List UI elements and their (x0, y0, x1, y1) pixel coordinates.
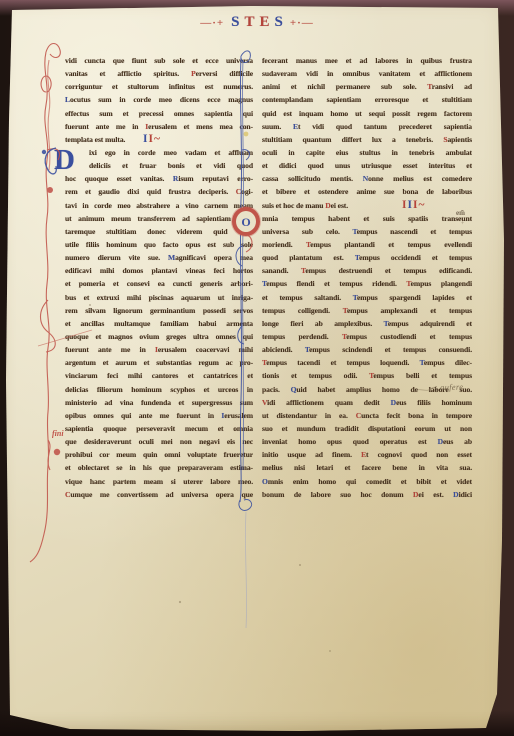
left-text-column: vidi cuncta que fiunt sub sole et ecce u… (65, 56, 253, 503)
text-line: stultitiam quantum differt lux a tenebri… (262, 135, 472, 148)
rubricated-capital: P (191, 69, 196, 78)
text-line: Omnis enim homo qui comedit et bibit et … (262, 477, 472, 490)
rubricated-capital: E (293, 122, 298, 131)
rubricated-capital: V (262, 398, 267, 407)
rubricated-capital: T (355, 253, 359, 262)
text-line: delicias filiorum hominum scyphos et urc… (65, 385, 253, 398)
text-line: quoque et magnos ovium greges ultra omne… (65, 332, 253, 345)
rubricated-capital: R (173, 174, 178, 183)
text-line: inveniat homo opus quod operatus est Deu… (262, 437, 472, 450)
text-line: que desideraverunt oculi mei non negavi … (65, 437, 253, 450)
rubricated-capital: D (438, 437, 443, 446)
text-line: sapientia quoque perseveravit mecum et o… (65, 424, 253, 437)
running-title-letter: S (231, 14, 239, 31)
running-title-letter: E (260, 14, 270, 31)
rubricated-capital: T (369, 371, 373, 380)
right-text-column: fecerant manus mee et ad labores in quib… (262, 56, 472, 503)
manuscript-photo: —·+ STES +·— vidi cuncta que fiunt sub s… (0, 0, 514, 736)
right-margin-gloss: s aufere (434, 381, 464, 392)
text-line: effectus sum et precessi omnes sapientia… (65, 109, 253, 122)
text-line: et pomeria et consevi ea cuncti generis … (65, 279, 253, 292)
rubricated-capital: C (356, 411, 361, 420)
rubricated-capital: I (145, 122, 148, 131)
chapter-numeral-letter: I (413, 199, 417, 211)
running-title-letter: S (275, 14, 283, 31)
chapter-numeral-letter: ~ (154, 133, 160, 145)
right-margin-correction-note: em̃ (456, 209, 465, 217)
rubricated-capital: Q (291, 385, 297, 394)
text-line: argentum et aurum et substantias regum a… (65, 358, 253, 371)
text-line: oculi in capite eius stultus in tenebris… (262, 148, 472, 161)
rubricated-capital: I (155, 345, 158, 354)
text-line: tempus perdendi. Tempus custodiendi et t… (262, 332, 472, 345)
rubricated-capital: D (325, 201, 330, 210)
text-line: taremque stultitiam donec viderem quid e… (65, 227, 253, 240)
text-line: contemplandam sapientiam erroresque et s… (262, 95, 472, 108)
chapter-numeral-letter: I (407, 199, 411, 211)
rubricated-capital: I (221, 411, 224, 420)
text-line: ixi ego in corde meo vadam et affluam (65, 148, 253, 161)
rubricated-capital: N (363, 174, 368, 183)
text-line: ministerio ad vina fundenda et supergres… (65, 398, 253, 411)
right-margin-correction-mark: + (461, 221, 464, 227)
text-line: edificavi mihi domos plantavi vineas fec… (65, 266, 253, 279)
rubricated-capital: T (353, 293, 357, 302)
running-header: —·+ STES +·— (0, 14, 514, 31)
text-line: deliciis et fruar bonis et vidi quod (65, 161, 253, 174)
gutter-initial-medallion: O (232, 207, 260, 236)
illuminated-initial-d: D (54, 144, 75, 177)
rubricated-capital: E (361, 450, 366, 459)
text-line: cassa sollicitudo mentis. Nonne melius e… (262, 174, 472, 187)
parchment-leaf: —·+ STES +·— vidi cuncta que fiunt sub s… (0, 0, 514, 736)
text-line: Locutus sum in corde meo dicens ecce mag… (65, 95, 253, 108)
rubricated-capital: S (443, 135, 447, 144)
rubricated-capital: L (65, 95, 70, 104)
left-column-lines: vidi cuncta que fiunt sub sole et ecce u… (65, 56, 253, 503)
rubricated-capital: M (168, 253, 175, 262)
text-line: vique hanc partem meam si uterer labore … (65, 477, 253, 490)
text-line: numero dierum vite sue. Magnificavi oper… (65, 253, 253, 266)
text-line: abiciendi. Tempus scindendi et tempus co… (262, 345, 472, 358)
text-line: quod plantatum est. Tempus occidendi et … (262, 253, 472, 266)
rubricated-capital: D (391, 398, 396, 407)
text-line: longe fieri ab amplexibus. Tempus adquir… (262, 319, 472, 332)
rubricated-capital: C (65, 490, 70, 499)
text-line: et oblectaret se in his que preparaveram… (65, 463, 253, 476)
text-line: et didici quod unus utriusque esset inte… (262, 161, 472, 174)
text-line: tavi in corde meo abstrahere a vino carn… (65, 201, 253, 214)
right-column-lines: fecerant manus mee et ad labores in quib… (262, 56, 472, 503)
text-line: suo et mundum tradidit disputationi eoru… (262, 424, 472, 437)
text-line: et ancillas multamque familiam habui arm… (65, 319, 253, 332)
text-line: fecerant manus mee et ad labores in quib… (262, 56, 472, 69)
text-line: moriendi. Tempus plantandi et tempus eve… (262, 240, 472, 253)
rubricated-capital: C (236, 187, 241, 196)
rubricated-capital: T (420, 358, 424, 367)
text-line: prohibui cor meum quin omni voluptate fr… (65, 450, 253, 463)
rubricated-capital: T (427, 82, 431, 91)
rubricated-capital: T (306, 240, 310, 249)
text-line: vanitas et afflictio spiritus. Perversi … (65, 69, 253, 82)
text-line: vidi cuncta que fiunt sub sole et ecce u… (65, 56, 253, 69)
text-line: utile filiis hominum quo facto opus est … (65, 240, 253, 253)
text-line: sanandi. Tempus destruendi et tempus edi… (262, 266, 472, 279)
rubricated-capital: T (343, 306, 347, 315)
header-right-flourish-icon: +·— (290, 17, 314, 29)
text-line: initio usque ad finem. Et cognovi quod n… (262, 450, 472, 463)
text-line: et tempus saltandi. Tempus spargendi lap… (262, 293, 472, 306)
text-line: vinciarum feci mihi cantores et cantatri… (65, 371, 253, 384)
text-line: rem silvam lignorum germinantium possedi… (65, 306, 253, 319)
running-title-letter: T (244, 14, 254, 31)
text-line: bonum de labore suo hoc donum Dei est. D… (262, 490, 472, 503)
text-line: universa sub celo. Tempus nascendi et te… (262, 227, 472, 240)
text-line: melius nisi letari et facere bene in vit… (262, 463, 472, 476)
text-line: rem et gaudio dixi quid frustra deciperi… (65, 187, 253, 200)
text-line: et bibere et ostendere anime sue bona de… (262, 187, 472, 200)
rubricated-capital: O (262, 477, 268, 486)
rubricated-capital: T (406, 279, 410, 288)
left-margin-red-note: fini (52, 429, 64, 438)
text-line: Vidi afflictionem quam dedit Deus filiis… (262, 398, 472, 411)
header-left-flourish-icon: —·+ (200, 17, 224, 29)
chapter-numeral-letter: I (402, 199, 406, 211)
rubricated-capital: T (352, 227, 356, 236)
text-line: corriguntur et stultorum infinitus est n… (65, 82, 253, 95)
text-line: fuerunt ante me in Ierusalem coacervavi … (65, 345, 253, 358)
running-title: STES (231, 14, 283, 31)
text-line: quid est inquam homo ut sequi possit reg… (262, 109, 472, 122)
text-line: mnia tempus habent et suis spatiis trans… (262, 214, 472, 227)
chapter-numeral-letter: I (143, 133, 147, 145)
rubricated-capital: T (262, 358, 266, 367)
text-line: sudaveram vidi in omnibus vanitatem et a… (262, 69, 472, 82)
rubricated-capital: D (453, 490, 458, 499)
rubricated-capital: T (305, 345, 309, 354)
chapter-numeral-iii: III~ (402, 199, 424, 211)
text-line: Tempus tacendi et tempus loquendi. Tempu… (262, 358, 472, 371)
rubricated-capital: T (262, 279, 266, 288)
text-line: hoc quoque esset vanitas. Risum reputavi… (65, 174, 253, 187)
rubricated-capital: T (342, 332, 346, 341)
text-line: Tempus flendi et tempus ridendi. Tempus … (262, 279, 472, 292)
rubricated-capital: D (413, 490, 418, 499)
rubricated-capital: T (384, 319, 388, 328)
text-line: suis et hoc de manu Dei est. (262, 201, 472, 214)
chapter-numeral-letter: I (148, 133, 152, 145)
text-line: animi et nichil permanere sub sole. Tran… (262, 82, 472, 95)
text-line: Cumque me convertissem ad universa opera… (65, 490, 253, 503)
text-line: tempus colligendi. Tempus amplexandi et … (262, 306, 472, 319)
intercolumn-bar-faint-tail (245, 512, 246, 628)
text-line: ut animum meum transferrem ad sapientiam… (65, 214, 253, 227)
text-line: opibus omnes qui ante me fuerunt in Ieru… (65, 411, 253, 424)
text-line: suum. Et vidi quod tantum precederet sap… (262, 122, 472, 135)
text-line: bus et extruxi mihi piscinas aquarum ut … (65, 293, 253, 306)
chapter-numeral-ii: II~ (143, 133, 160, 145)
text-line: ut distendantur in ea. Cuncta fecit bona… (262, 411, 472, 424)
rubricated-capital: T (301, 266, 305, 275)
chapter-numeral-letter: ~ (418, 199, 424, 211)
illuminated-initial-o: O (241, 216, 250, 228)
